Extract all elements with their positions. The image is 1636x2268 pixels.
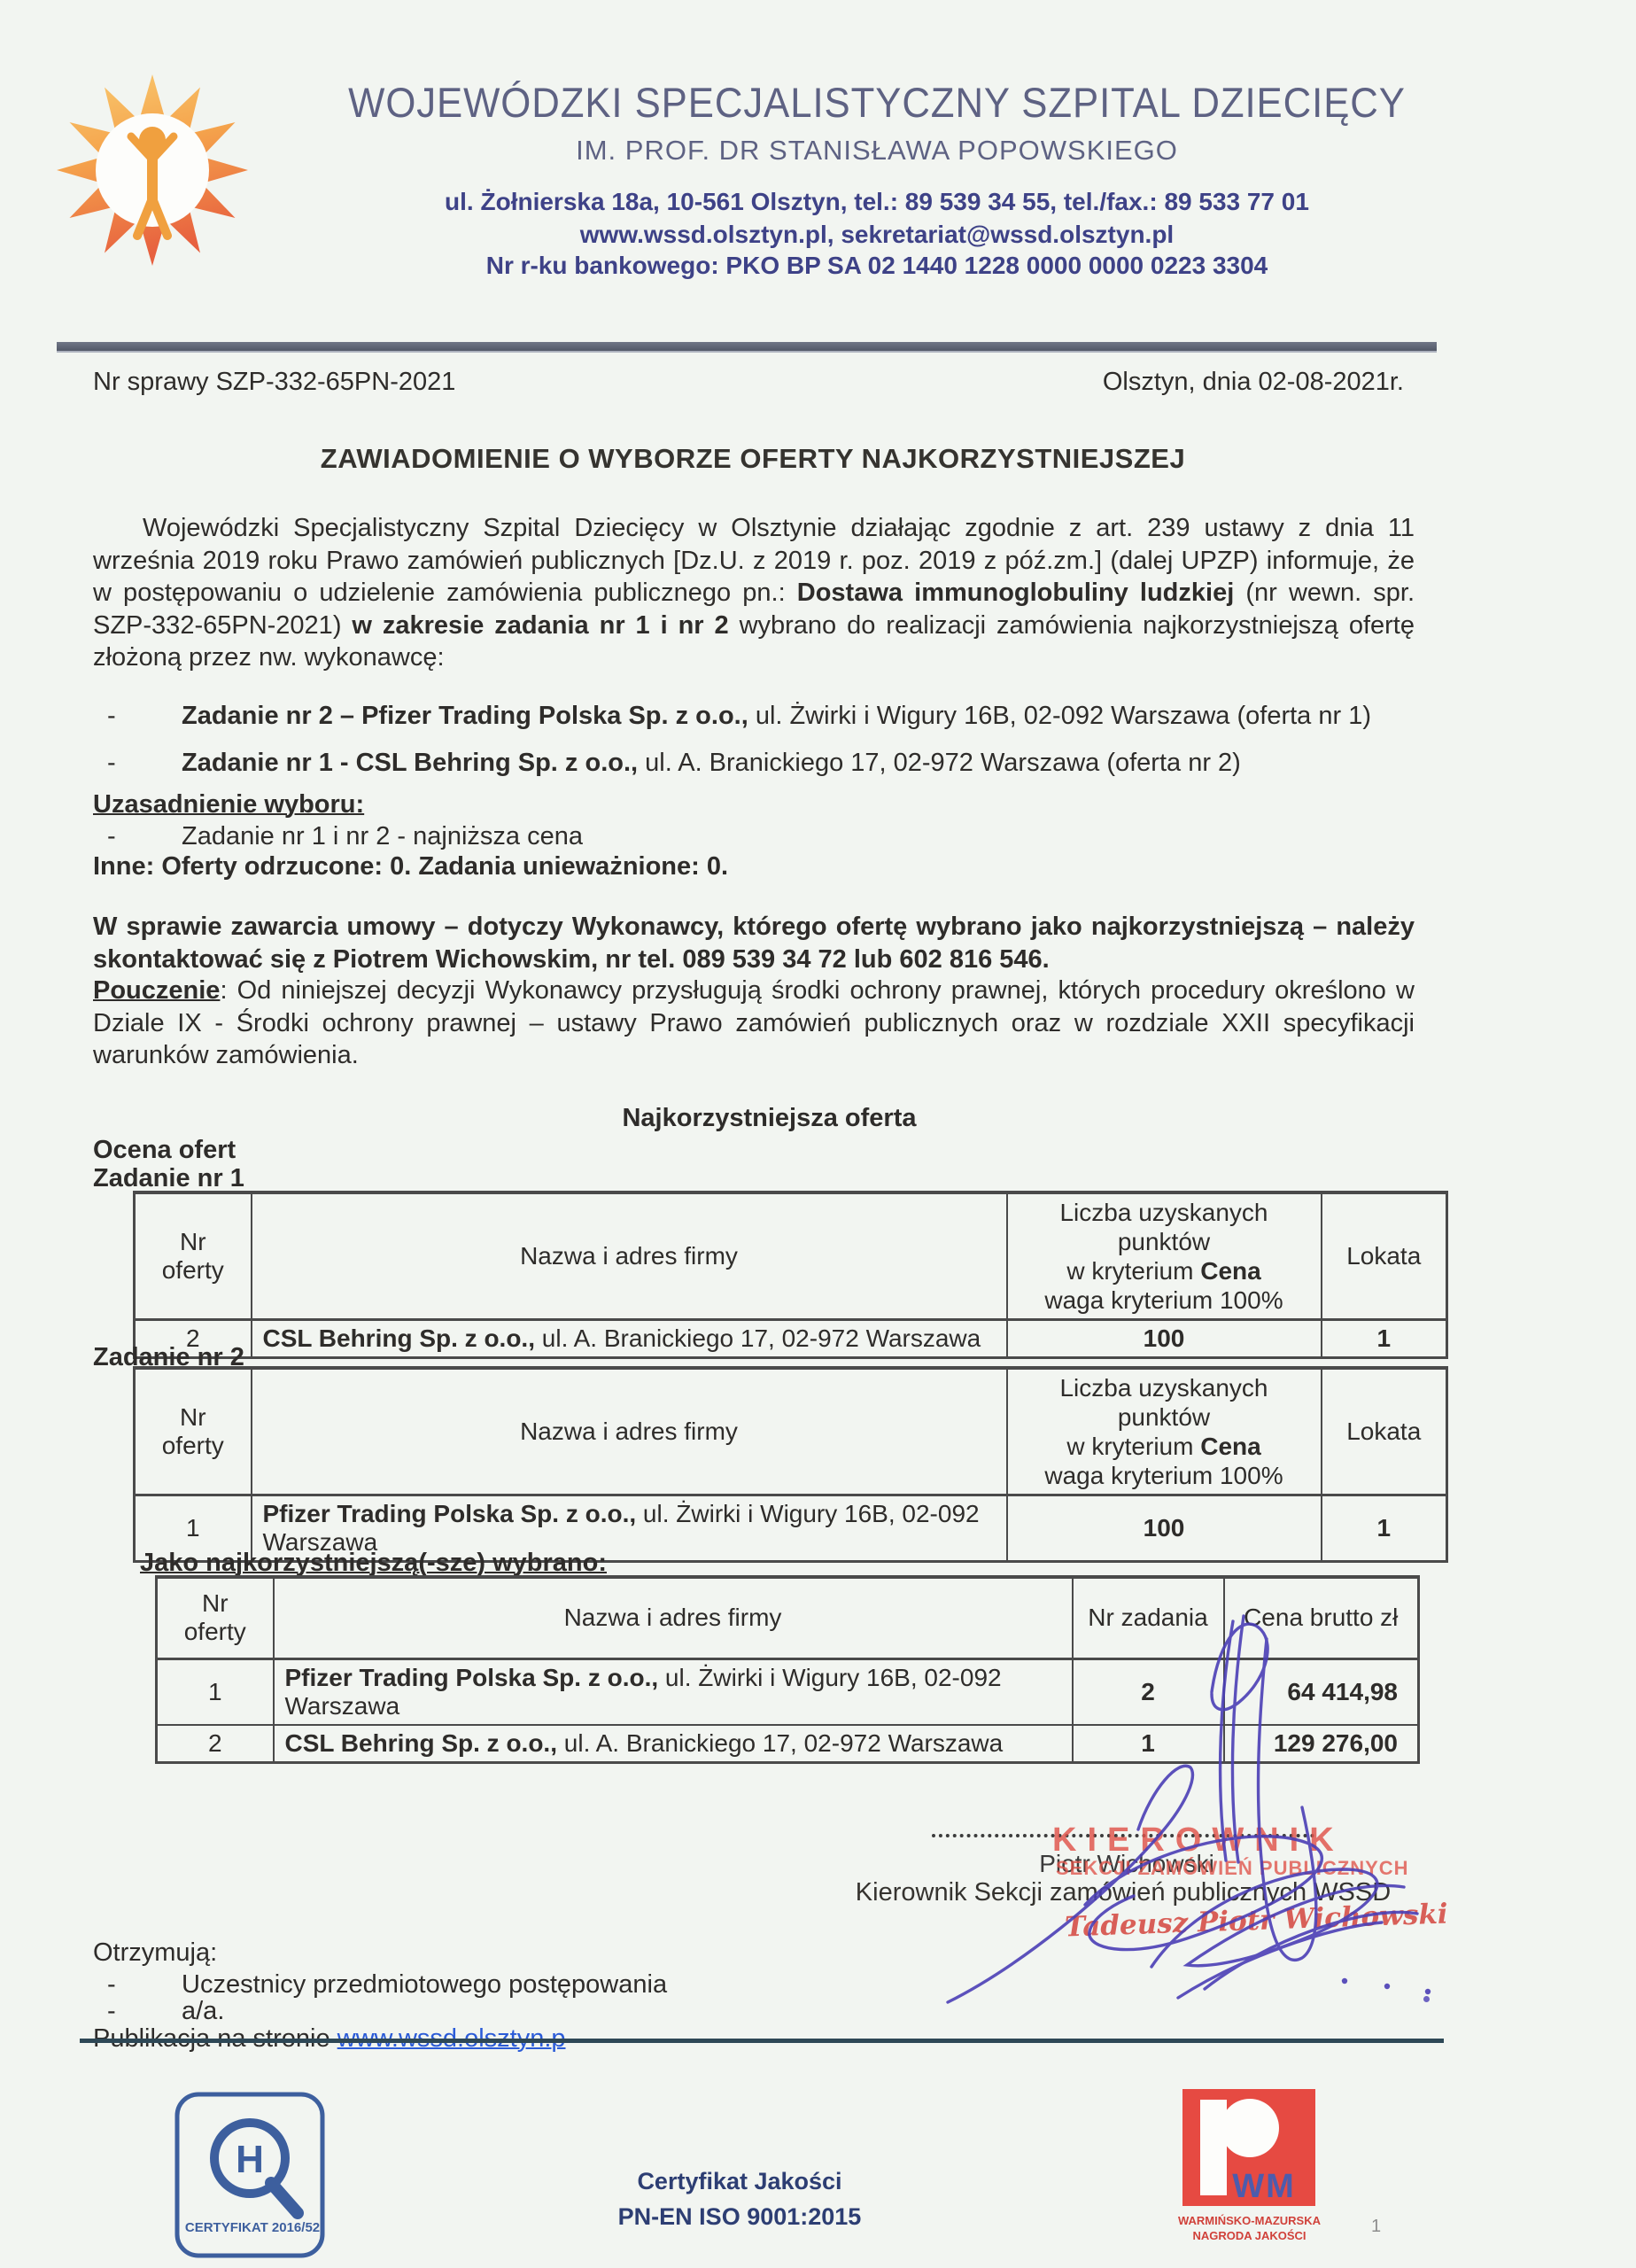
contact-note: W sprawie zawarcia umowy – dotyczy Wykon…	[93, 911, 1415, 975]
justification-other-line: Inne: Oferty odrzucone: 0. Zadania uniew…	[93, 852, 728, 882]
distribution-item-text: a/a.	[182, 1997, 224, 2026]
case-number: Nr sprawy SZP-332-65PN-2021	[93, 368, 455, 397]
col-header-offer-nr: Nroferty	[157, 1577, 274, 1658]
legal-note-label: Pouczenie	[93, 976, 220, 1005]
certificate-line1: Certyfikat Jakości	[585, 2163, 895, 2199]
wm-quality-award-logo: WM	[1182, 2089, 1317, 2210]
hospital-bank-line: Nr r-ku bankowego: PKO BP SA 02 1440 122…	[275, 252, 1479, 280]
hospital-name: WOJEWÓDZKI SPECJALISTYCZNY SZPITAL DZIEC…	[317, 78, 1438, 127]
hospital-address-line: ul. Żołnierska 18a, 10-561 Olsztyn, tel.…	[275, 188, 1479, 216]
rank-cell: 1	[1322, 1495, 1447, 1562]
hospital-web-line: www.wssd.olsztyn.pl, sekretariat@wssd.ol…	[275, 221, 1479, 249]
legal-note-text: : Od niniejszej decyzji Wykonawcy przysł…	[93, 976, 1415, 1069]
offer-nr-cell: 2	[157, 1725, 274, 1763]
evaluation-heading: Ocena ofert	[93, 1136, 236, 1165]
winner-task2-bold: Zadanie nr 2 – Pfizer Trading Polska Sp.…	[182, 702, 748, 730]
company-cell: CSL Behring Sp. z o.o., ul. A. Branickie…	[252, 1320, 1007, 1358]
wm-award-caption: WARMIŃSKO-MAZURSKA NAGRODA JAKOŚCI	[1159, 2213, 1340, 2243]
intro-subject-bold: Dostawa immunoglobuliny ludzkiej	[797, 579, 1235, 607]
col-header-points: Liczba uzyskanych punktóww kryterium Cen…	[1007, 1368, 1322, 1495]
hospital-patron-line: IM. PROF. DR STANISŁAWA POPOWSKIEGO	[275, 135, 1479, 167]
task2-score-table: Nroferty Nazwa i adres firmy Liczba uzys…	[133, 1366, 1448, 1563]
task1-label: Zadanie nr 1	[93, 1164, 244, 1193]
points-cell: 100	[1007, 1495, 1322, 1562]
offer-nr-cell: 1	[157, 1658, 274, 1725]
justification-line-text: Zadanie nr 1 i nr 2 - najniższa cena	[182, 822, 583, 851]
justification-heading: Uzasadnienie wyboru:	[93, 790, 364, 819]
table-row: 2 CSL Behring Sp. z o.o., ul. A. Branick…	[135, 1320, 1447, 1358]
task1-score-table: Nroferty Nazwa i adres firmy Liczba uzys…	[133, 1191, 1448, 1359]
winner-item-text: Zadanie nr 1 - CSL Behring Sp. z o.o., u…	[182, 749, 1241, 778]
col-header-offer-nr: Nroferty	[135, 1368, 252, 1495]
distribution-item: - Uczestnicy przedmiotowego postępowania	[93, 1970, 890, 2000]
hospital-sun-logo	[55, 35, 250, 294]
q-certificate-caption: CERTYFIKAT 2016/52	[173, 2220, 332, 2235]
list-dash: -	[93, 1970, 182, 2000]
points-cell: 100	[1007, 1320, 1322, 1358]
quality-certificate-text: Certyfikat Jakości PN-EN ISO 9001:2015	[585, 2163, 895, 2234]
certificate-line2: PN-EN ISO 9001:2015	[585, 2199, 895, 2234]
winner-task1-bold: Zadanie nr 1 - CSL Behring Sp. z o.o.,	[182, 749, 638, 777]
footer-separator-rule	[80, 2039, 1444, 2043]
intro-paragraph: Wojewódzki Specjalistyczny Szpital Dziec…	[93, 512, 1415, 674]
winner-item-text: Zadanie nr 2 – Pfizer Trading Polska Sp.…	[182, 702, 1371, 731]
intro-scope-bold: w zakresie zadania nr 1 i nr 2	[352, 611, 728, 640]
ink-speck	[1423, 1996, 1430, 2002]
selected-heading: Jako najkorzystniejszą(-sze) wybrano:	[140, 1549, 607, 1578]
rank-cell: 1	[1322, 1320, 1447, 1358]
place-date: Olsztyn, dnia 02-08-2021r.	[1103, 368, 1404, 397]
distribution-item: - a/a.	[93, 1997, 890, 2026]
distribution-heading: Otrzymują:	[93, 1938, 217, 1968]
col-header-company: Nazwa i adres firmy	[252, 1192, 1007, 1320]
page-number: 1	[1371, 2217, 1381, 2237]
winner-task2-rest: ul. Żwirki i Wigury 16B, 02-092 Warszawa…	[748, 702, 1371, 730]
winner-item-task1: - Zadanie nr 1 - CSL Behring Sp. z o.o.,…	[93, 749, 1415, 778]
list-dash: -	[93, 702, 182, 731]
justification-line: - Zadanie nr 1 i nr 2 - najniższa cena	[93, 822, 1413, 851]
list-dash: -	[93, 822, 182, 851]
legal-note: Pouczenie: Od niniejszej decyzji Wykonaw…	[93, 975, 1415, 1072]
list-dash: -	[93, 749, 182, 778]
col-header-company: Nazwa i adres firmy	[252, 1368, 1007, 1495]
list-dash: -	[93, 1997, 182, 2026]
best-offer-heading: Najkorzystniejsza oferta	[93, 1104, 1446, 1133]
handwritten-signature	[886, 1586, 1470, 2029]
document-title: ZAWIADOMIENIE O WYBORZE OFERTY NAJKORZYS…	[93, 443, 1413, 475]
winner-item-task2: - Zadanie nr 2 – Pfizer Trading Polska S…	[93, 702, 1415, 731]
col-header-rank: Lokata	[1322, 1368, 1447, 1495]
svg-text:WM: WM	[1232, 2168, 1296, 2205]
col-header-points: Liczba uzyskanych punktóww kryterium Cen…	[1007, 1192, 1322, 1320]
distribution-item-text: Uczestnicy przedmiotowego postępowania	[182, 1970, 667, 2000]
meta-row: Nr sprawy SZP-332-65PN-2021 Olsztyn, dni…	[93, 368, 1404, 397]
wm-caption-line2: NAGRODA JAKOŚCI	[1159, 2228, 1340, 2243]
document-page: WOJEWÓDZKI SPECJALISTYCZNY SZPITAL DZIEC…	[0, 0, 1636, 2268]
wm-caption-line1: WARMIŃSKO-MAZURSKA	[1159, 2213, 1340, 2228]
col-header-rank: Lokata	[1322, 1192, 1447, 1320]
header-separator-rule	[57, 342, 1437, 353]
svg-text:H: H	[236, 2138, 264, 2181]
winner-task1-rest: ul. A. Branickiego 17, 02-972 Warszawa (…	[638, 749, 1241, 777]
col-header-offer-nr: Nroferty	[135, 1192, 252, 1320]
